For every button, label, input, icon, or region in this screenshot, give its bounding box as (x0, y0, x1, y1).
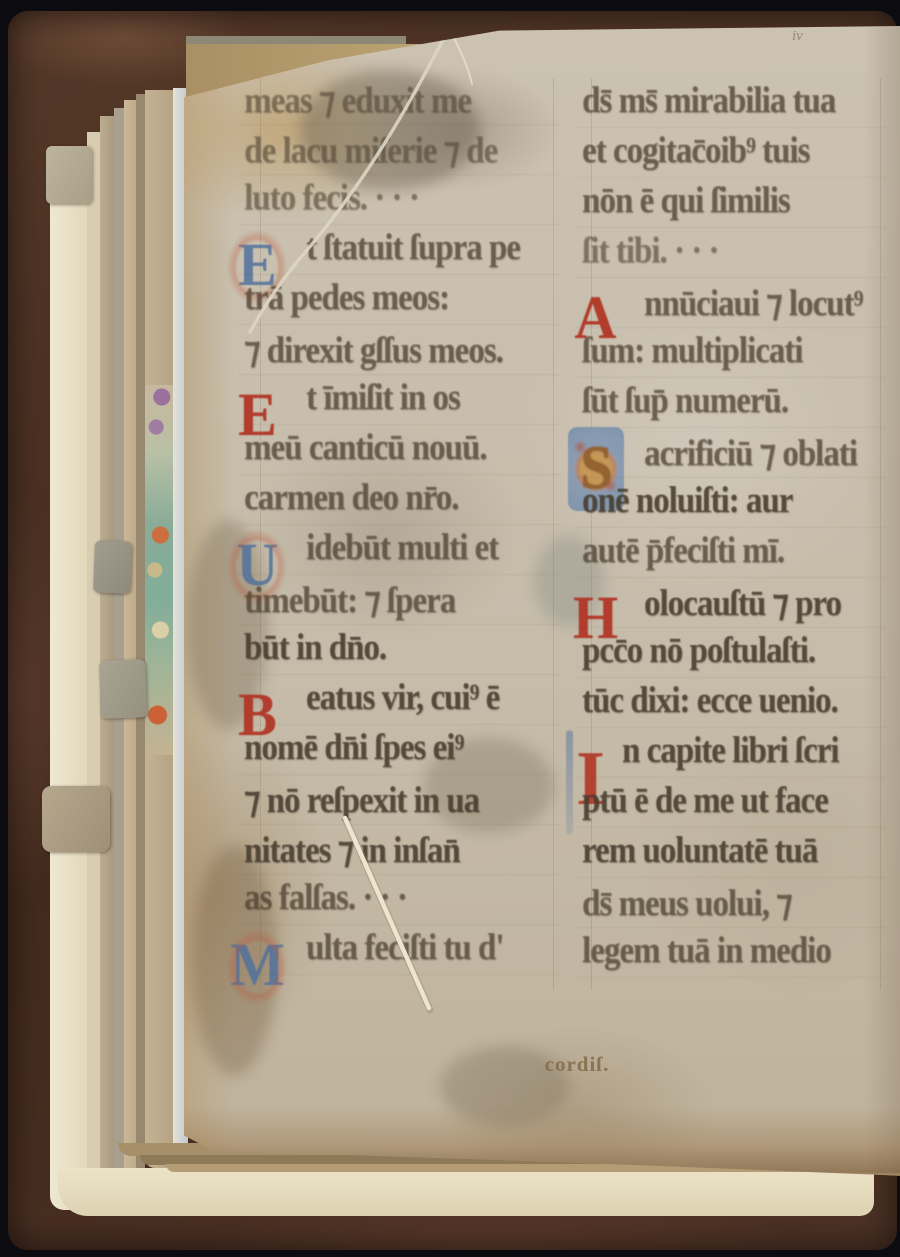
text-line: de lacu miſerie ⁊ de (244, 132, 558, 182)
line-text: ſūt ſup̄ numerū. (582, 381, 788, 422)
line-text: trā pedes meos: (244, 278, 449, 319)
text-column-right: ds̄ ms̄ mirabilia tuaet cogitac̄oib⁹ tui… (582, 85, 884, 985)
illuminated-initial: M (228, 924, 286, 1010)
text-line: nomē dn̄i ſpes ei⁹ (244, 732, 558, 782)
text-line: nitates ⁊ in inſan̄ (244, 832, 558, 882)
line-text: nitates ⁊ in inſan̄ (244, 827, 460, 872)
text-line: nōn ē qui ſimilis (582, 185, 884, 235)
page-stack-edge (114, 108, 124, 1182)
text-line: ſum: multiplicati (582, 335, 884, 385)
text-line: Beatus vir, cui⁹ ē (244, 682, 558, 732)
line-text: būt in dn̄o. (244, 628, 386, 669)
text-line: ⁊ direxit gſſus meos. (244, 332, 558, 382)
text-line: ds̄ ms̄ mirabilia tua (582, 85, 884, 135)
manuscript-photo: iv meas ⁊ eduxit mede lacu miſerie ⁊ del… (0, 0, 900, 1257)
text-line: Multa feciſti tu d' (244, 932, 558, 982)
line-text: ſum: multiplicati (582, 331, 802, 372)
vellum-tab (46, 146, 92, 204)
line-text: eatus vir, cui⁹ ē (306, 678, 499, 719)
line-text: tūc dixi: ecce uenio. (582, 681, 838, 722)
line-text: ⁊ nō reſpexit in ua (244, 777, 479, 822)
text-line: rem uoluntatē tuā (582, 835, 884, 885)
line-text: ulta feciſti tu d' (306, 928, 503, 969)
catchword: cordiſ. (507, 1052, 647, 1077)
text-line: onē noluiſti: aur (582, 485, 884, 535)
text-line: meū canticū nouū. (244, 432, 558, 482)
manuscript-page: iv meas ⁊ eduxit mede lacu miſerie ⁊ del… (184, 26, 900, 1178)
text-line: Et ſtatuit ſupra pe (244, 232, 558, 282)
text-line: ds̄ meus uolui, ⁊ (582, 885, 884, 935)
text-line: meas ⁊ eduxit me (244, 82, 558, 132)
flyleaf-page-edge (50, 148, 87, 1210)
text-line: et cogitac̄oib⁹ tuis (582, 135, 884, 185)
line-text: meas ⁊ eduxit me (244, 77, 471, 122)
text-line: Holocauſtū ⁊ pro (582, 585, 884, 635)
vellum-tab (99, 659, 147, 719)
line-text: n capite libri ſcri (622, 731, 839, 772)
line-text: legem tuā in medio (582, 931, 831, 972)
page-stack-edge (100, 116, 114, 1190)
line-text: meū canticū nouū. (244, 428, 486, 469)
line-text: nnūciaui ⁊ locut⁹ (644, 280, 862, 325)
line-text: t ſtatuit ſupra pe (306, 228, 520, 269)
vellum-tab (93, 540, 132, 593)
text-line: Et īmiſit in os (244, 382, 558, 432)
text-line: carmen deo nr̄o. (244, 482, 558, 532)
line-text: carmen deo nr̄o. (244, 478, 458, 519)
illuminated-edge-colors (145, 385, 173, 755)
text-column-left: meas ⁊ eduxit mede lacu miſerie ⁊ deluto… (244, 82, 558, 982)
text-line: ptū ē de me ut face (582, 785, 884, 835)
vellum-tab (42, 786, 110, 852)
text-line: tūc dixi: ecce uenio. (582, 685, 884, 735)
line-text: ſit tibi. · · · (582, 231, 718, 272)
text-line: ⁊ nō reſpexit in ua (244, 782, 558, 832)
page-stack-edge (87, 132, 100, 1198)
text-line: luto fecis. · · · (244, 182, 558, 232)
text-line: legem tuā in medio (582, 935, 884, 985)
line-text: timebūt: ⁊ ſpera (244, 577, 455, 622)
line-text: de lacu miſerie ⁊ de (244, 127, 497, 172)
text-line: Uidebūt multi et (244, 532, 558, 582)
line-text: et cogitac̄oib⁹ tuis (582, 131, 809, 172)
flyleaf-bottom-edge (58, 1168, 874, 1216)
line-text: t īmiſit in os (306, 378, 460, 419)
line-text: olocauſtū ⁊ pro (644, 580, 841, 625)
text-line: ſit tibi. · · · (582, 235, 884, 285)
line-text: acrificiū ⁊ oblati (644, 430, 857, 475)
line-text: luto fecis. · · · (244, 178, 419, 219)
text-line: Annūciaui ⁊ locut⁹ (582, 285, 884, 335)
text-line: as falſas. · · · (244, 882, 558, 932)
page-stack-edge (124, 100, 136, 1174)
text-line: pcc̄o nō poſtulaſti. (582, 635, 884, 685)
line-text: ptū ē de me ut face (582, 781, 828, 822)
line-text: ds̄ ms̄ mirabilia tua (582, 81, 835, 122)
line-text: as falſas. · · · (244, 878, 407, 919)
text-line: trā pedes meos: (244, 282, 558, 332)
line-text: nomē dn̄i ſpes ei⁹ (244, 728, 463, 769)
folio-mark: iv (792, 28, 803, 45)
line-text: autē p̄feciſti mī. (582, 531, 784, 572)
text-line: ſūt ſup̄ numerū. (582, 385, 884, 435)
text-line: timebūt: ⁊ ſpera (244, 582, 558, 632)
line-text: rem uoluntatē tuā (582, 831, 817, 872)
line-text: idebūt multi et (306, 528, 498, 569)
illuminated-fore-edge (145, 90, 173, 1168)
page-stack-edge (136, 94, 145, 1168)
line-text: pcc̄o nō poſtulaſti. (582, 631, 815, 672)
line-text: nōn ē qui ſimilis (582, 181, 790, 222)
line-text: ds̄ meus uolui, ⁊ (582, 880, 791, 925)
line-text: onē noluiſti: aur (582, 481, 792, 522)
text-line: autē p̄feciſti mī. (582, 535, 884, 585)
text-line: Sacrificiū ⁊ oblati (582, 435, 884, 485)
line-text: ⁊ direxit gſſus meos. (244, 327, 503, 372)
text-line: In capite libri ſcri (582, 735, 884, 785)
text-line: būt in dn̄o. (244, 632, 558, 682)
